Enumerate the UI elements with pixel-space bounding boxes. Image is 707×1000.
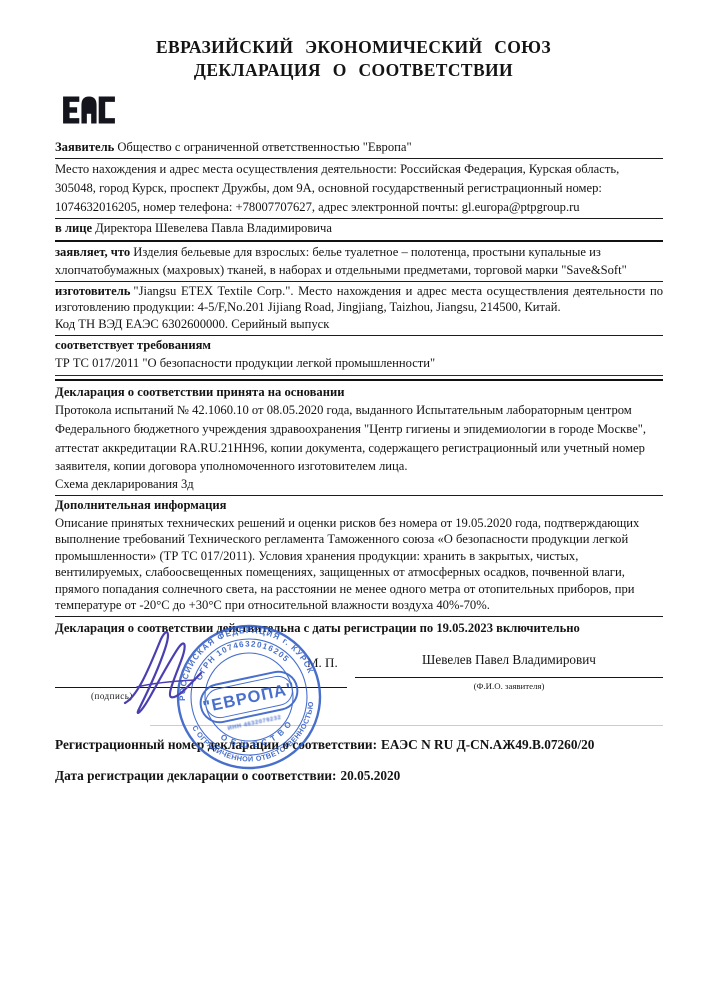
name-line <box>355 677 663 678</box>
basis-header: Декларация о соответствии принята на осн… <box>55 384 663 401</box>
additional-info-header: Дополнительная информация <box>55 497 663 514</box>
basis-text: Протокола испытаний № 42.1060.10 от 08.0… <box>55 401 663 476</box>
in-person-row: в лицеДиректора Шевелева Павла Владимиро… <box>55 219 663 241</box>
in-person-value: Директора Шевелева Павла Владимировича <box>95 221 332 235</box>
applicant-address: Место нахождения и адрес места осуществл… <box>55 162 619 213</box>
manufacturer-row: изготовитель"Jiangsu ETEX Textile Corp."… <box>55 282 663 336</box>
section-divider <box>55 375 663 381</box>
in-person-label: в лице <box>55 221 92 235</box>
tnved-line: Код ТН ВЭД ЕАЭС 6302600000. Серийный вып… <box>55 316 663 333</box>
applicant-label: Заявитель <box>55 140 114 154</box>
registration-number-row: Регистрационный номер декларации о соотв… <box>55 736 663 754</box>
complies-row: соответствует требованиям ТР ТС 017/2011… <box>55 336 663 374</box>
basis-row: Декларация о соответствии принята на осн… <box>55 383 663 496</box>
document-title: ЕВРАЗИЙСКИЙ ЭКОНОМИЧЕСКИЙ СОЮЗ ДЕКЛАРАЦИ… <box>0 36 707 82</box>
registration-date-value: 20.05.2020 <box>340 768 400 783</box>
declares-row: заявляет, чтоИзделия бельевые для взросл… <box>55 242 663 282</box>
additional-info-row: Дополнительная информация Описание приня… <box>55 496 663 616</box>
applicant-address-row: Место нахождения и адрес места осуществл… <box>55 159 663 219</box>
declares-value: Изделия бельевые для взрослых: белье туа… <box>55 245 627 277</box>
manufacturer-value: "Jiangsu ETEX Textile Corp.". Место нахо… <box>55 284 663 314</box>
signature-area: (подпись) М. П. Шевелев Павел Владимиров… <box>55 639 663 723</box>
scheme-line: Схема декларирования 3д <box>55 476 663 493</box>
manufacturer-label: изготовитель <box>55 284 130 298</box>
complies-value: ТР ТС 017/2011 "О безопасности продукции… <box>55 355 663 372</box>
title-line-declaration: ДЕКЛАРАЦИЯ О СООТВЕТСТВИИ <box>0 59 707 82</box>
applicant-name: Шевелев Павел Владимирович <box>355 651 663 669</box>
complies-header: соответствует требованиям <box>55 337 663 354</box>
declares-label: заявляет, что <box>55 245 130 259</box>
handwritten-signature <box>117 625 247 720</box>
manufacturer-paragraph: изготовитель"Jiangsu ETEX Textile Corp."… <box>55 283 663 316</box>
declaration-document: ЕВРАЗИЙСКИЙ ЭКОНОМИЧЕСКИЙ СОЮЗ ДЕКЛАРАЦИ… <box>0 0 707 1000</box>
additional-info-text: Описание принятых технических решений и … <box>55 515 663 614</box>
title-line-union: ЕВРАЗИЙСКИЙ ЭКОНОМИЧЕСКИЙ СОЮЗ <box>0 36 707 59</box>
applicant-value: Общество с ограниченной ответственностью… <box>117 140 411 154</box>
eac-logo-icon <box>62 85 116 140</box>
name-caption: (Ф.И.О. заявителя) <box>355 680 663 692</box>
registration-number-value: ЕАЭС N RU Д-CN.АЖ49.B.07260/20 <box>381 737 594 752</box>
registration-date-row: Дата регистрации декларации о соответств… <box>55 767 663 785</box>
registration-footer: Регистрационный номер декларации о соотв… <box>55 725 663 786</box>
applicant-row: ЗаявительОбщество с ограниченной ответст… <box>55 138 663 159</box>
